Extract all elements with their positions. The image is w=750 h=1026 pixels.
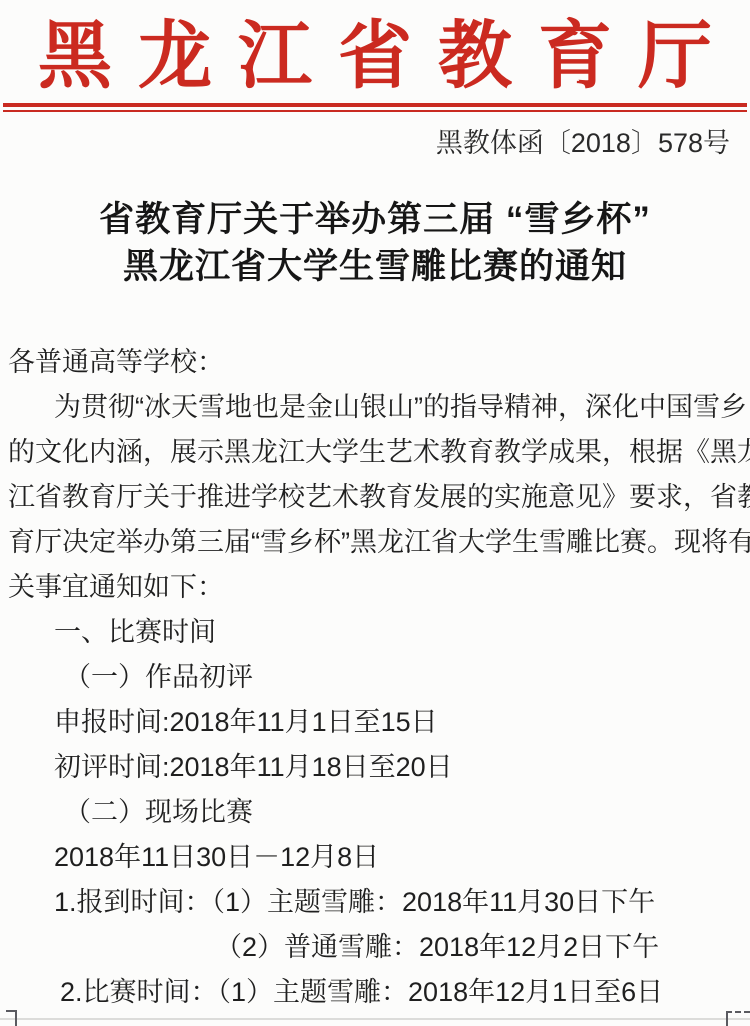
body-line: 江省教育厅关于推进学校艺术教育发展的实施意见》要求，省教 — [8, 475, 750, 520]
body-line-subsection: （二）现场比赛 — [64, 790, 750, 835]
doc-number: 黑教体函〔2018〕578号 — [0, 128, 750, 158]
notice-title-line2: 黑龙江省大学生雪雕比赛的通知 — [0, 243, 750, 290]
body-line: 初评时间:2018年11月18日至20日 — [54, 745, 750, 790]
notice-body: 各普通高等学校： 为贯彻“冰天雪地也是金山银山”的指导精神，深化中国雪乡 的文化… — [0, 340, 750, 1015]
notice-title: 省教育厅关于举办第三届 “雪乡杯” 黑龙江省大学生雪雕比赛的通知 — [0, 196, 750, 290]
body-line: 的文化内涵，展示黑龙江大学生艺术教育教学成果，根据《黑龙 — [8, 430, 750, 475]
agency-name: 黑龙江省教育厅 — [38, 10, 738, 102]
body-line: 申报时间:2018年11月1日至15日 — [54, 700, 750, 745]
body-line-salutation: 各普通高等学校： — [8, 340, 750, 385]
body-line: 2018年11日30日－12月8日 — [54, 835, 750, 880]
body-line: 1.报到时间：（1）主题雪雕：2018年11月30日下午 — [54, 880, 750, 925]
body-line: 关事宜通知如下： — [8, 565, 750, 610]
notice-title-line1: 省教育厅关于举办第三届 “雪乡杯” — [0, 196, 750, 243]
letterhead-divider — [3, 103, 747, 112]
body-line: 育厅决定举办第三届“雪乡杯”黑龙江省大学生雪雕比赛。现将有 — [8, 520, 750, 565]
page-bottom-edge-line — [0, 1018, 750, 1020]
body-line: （2）普通雪雕：2018年12月2日下午 — [215, 925, 750, 970]
body-line-section-1: 一、比赛时间 — [54, 610, 750, 655]
body-line: 2.比赛时间：（1）主题雪雕：2018年12月1日至6日 — [60, 970, 750, 1015]
body-line: 为贯彻“冰天雪地也是金山银山”的指导精神，深化中国雪乡 — [54, 385, 750, 430]
page-corner-mark-left — [6, 1010, 17, 1026]
page-corner-mark-right — [726, 1011, 750, 1026]
body-line-subsection: （一）作品初评 — [64, 655, 750, 700]
document-page: 黑龙江省教育厅 黑教体函〔2018〕578号 省教育厅关于举办第三届 “雪乡杯”… — [0, 0, 750, 1026]
letterhead: 黑龙江省教育厅 — [0, 0, 750, 102]
